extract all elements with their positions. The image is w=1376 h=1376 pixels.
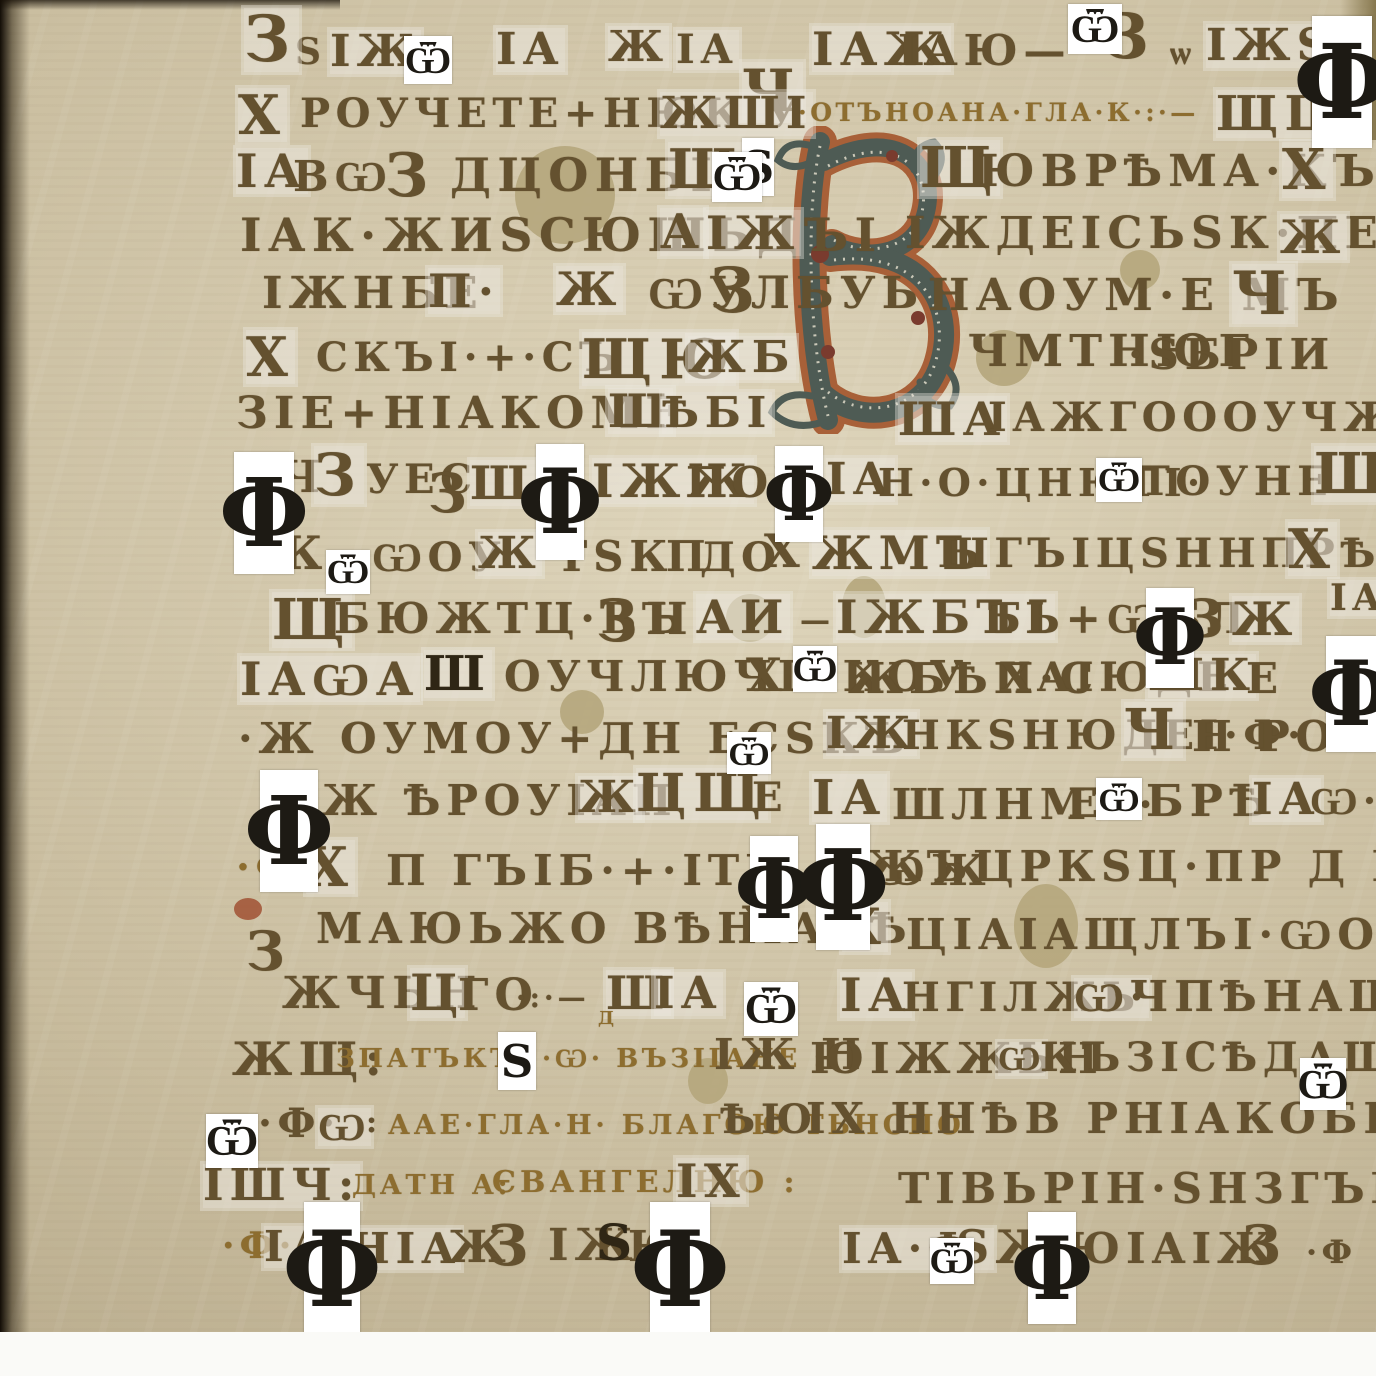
- text-segment: АИ: [696, 594, 790, 640]
- text-segment: ІАЮ—: [898, 30, 1071, 72]
- omega-titlo-glyph: Ѿ: [1297, 1064, 1348, 1105]
- glyph-box[interactable]: Ѿ: [326, 550, 370, 594]
- glyph-box[interactable]: Ф: [1028, 1212, 1076, 1324]
- text-segment: З: [596, 592, 646, 650]
- text-segment: Щ: [1314, 446, 1376, 502]
- text-segment: ·Ж ОУМОУ+ДН ЕСЅКЪ: [238, 718, 911, 760]
- glyph-box[interactable]: Ѿ: [1096, 458, 1142, 502]
- phi-glyph: Ф: [797, 838, 890, 936]
- text-segment: ДАТН А:: [352, 1172, 511, 1199]
- phi-glyph: Ф: [517, 457, 602, 547]
- text-segment: ІА: [812, 774, 887, 822]
- text-segment: Ш: [424, 650, 492, 698]
- text-segment: Ѡ: [318, 1108, 371, 1146]
- text-segment: ·ЅБРІИ: [1128, 334, 1335, 376]
- text-segment: ·:·—: [516, 984, 590, 1012]
- text-segment: ЖШІ: [660, 92, 813, 136]
- glyph-box[interactable]: Ф: [260, 770, 318, 892]
- glyph-box[interactable]: Ѿ: [793, 646, 837, 692]
- text-segment: Н: [646, 598, 694, 642]
- text-segment: ЖБ: [688, 336, 796, 380]
- text-segment: Х: [246, 330, 295, 384]
- text-segment: ѠУЛБУЬ: [648, 272, 924, 316]
- glyph-box[interactable]: Ѿ: [930, 1238, 974, 1284]
- omega-titlo-glyph: Ѿ: [1071, 10, 1120, 49]
- phi-glyph: Ф: [1308, 649, 1376, 739]
- phi-glyph: Ф: [244, 784, 334, 879]
- text-segment: З: [244, 8, 299, 72]
- glyph-box[interactable]: Ф: [816, 824, 870, 950]
- glyph-box[interactable]: Ѕ: [498, 1032, 536, 1090]
- text-segment: ЄВАНГЕЛНЮ :: [492, 1168, 799, 1198]
- glyph-box[interactable]: Ф: [750, 836, 798, 942]
- text-segment: Ж: [556, 266, 623, 312]
- text-segment: СКЪІ·+·СЪ: [316, 338, 623, 378]
- text-segment: ІА: [654, 972, 723, 1016]
- text-segment: З: [314, 446, 364, 504]
- page-left-dark-edge: [0, 0, 30, 1376]
- text-segment: —: [800, 606, 834, 636]
- text-segment: Ѡ: [998, 1042, 1045, 1076]
- dze-glyph: Ѕ: [501, 1039, 534, 1084]
- ink-splotch: [234, 898, 262, 920]
- omega-titlo-glyph: Ѿ: [1098, 783, 1139, 816]
- text-segment: Х: [1282, 142, 1333, 198]
- glyph-box[interactable]: Ѿ: [1096, 778, 1142, 820]
- text-segment: Ѕ: [295, 34, 326, 70]
- glyph-box[interactable]: Ф: [234, 452, 294, 574]
- text-segment: Е: [1246, 658, 1284, 700]
- phi-glyph: Ф: [1293, 31, 1376, 134]
- text-segment: ВѠ: [293, 156, 393, 198]
- text-segment: Х: [238, 88, 287, 142]
- text-segment: ІЖ: [706, 210, 801, 256]
- text-segment: Ж: [608, 26, 669, 68]
- text-segment: ѡ: [1170, 36, 1196, 70]
- text-segment: П·: [428, 268, 500, 314]
- text-segment: З: [1242, 1218, 1289, 1272]
- text-segment: Ж: [1232, 596, 1299, 642]
- glyph-box[interactable]: Ѿ: [1068, 4, 1122, 54]
- phi-glyph: Ф: [282, 1217, 382, 1322]
- phi-glyph: Ф: [219, 466, 309, 561]
- text-segment: ІАѠА: [240, 656, 420, 702]
- text-segment: Ж: [1280, 214, 1347, 260]
- text-segment: ЖЪЦРКЅЦ·ПР Д ІЖІА: [866, 846, 1376, 888]
- text-segment: ІАЖГОООУЧЖЮ: [988, 398, 1376, 438]
- glyph-box[interactable]: Ѿ: [712, 152, 762, 202]
- text-segment: ЦІАІАЩЛЪІ·ѠОВЬЦАЮ: [906, 914, 1376, 956]
- glyph-box[interactable]: Ѿ: [206, 1114, 258, 1168]
- text-segment: Х: [746, 652, 788, 698]
- text-segment: ТОУНЕ: [1140, 462, 1333, 502]
- text-segment: ТІВЬРІН·ЅНЗГЪЩ: [898, 1168, 1376, 1210]
- phi-glyph: Ф: [1133, 599, 1207, 677]
- text-segment: ѢБІ: [662, 392, 772, 434]
- text-segment: З: [385, 146, 437, 206]
- phi-glyph: Ф: [630, 1217, 730, 1322]
- omega-titlo-glyph: Ѿ: [792, 651, 837, 687]
- omega-titlo-glyph: Ѿ: [405, 42, 451, 79]
- text-segment: ·Ф: [1306, 1236, 1356, 1268]
- glyph-box[interactable]: Ѿ: [404, 36, 452, 84]
- text-segment: З: [428, 466, 475, 520]
- omega-titlo-glyph: Ѿ: [929, 1243, 974, 1279]
- glyph-box[interactable]: Ѿ: [744, 982, 798, 1036]
- omega-titlo-glyph: Ѿ: [327, 555, 370, 589]
- glyph-box[interactable]: Ф: [1326, 636, 1376, 752]
- text-segment: З: [488, 1218, 536, 1274]
- omega-titlo-glyph: Ѿ: [728, 737, 769, 770]
- phi-glyph: Ф: [763, 457, 834, 532]
- omega-titlo-glyph: Ѿ: [1098, 463, 1141, 497]
- glyph-box[interactable]: Ѿ: [727, 732, 771, 774]
- manuscript-page: В ЅЗІЖІАЖІАЧІАЖІАЮ—ЗѡІЖЅХРОУЧЕТЕ+НЮК УЖШ…: [0, 0, 1376, 1376]
- omega-titlo-glyph: Ѿ: [745, 988, 798, 1030]
- text-segment: ·ОТЪНОАНА·ГЛА·К·:·—: [798, 100, 1199, 125]
- glyph-box[interactable]: Ф: [536, 444, 584, 560]
- text-segment: ѢЮ: [720, 1100, 818, 1140]
- text-segment: Д: [598, 1010, 617, 1028]
- text-segment: Ч: [1232, 264, 1295, 324]
- text-segment: Ч: [1124, 702, 1183, 758]
- text-segment: А: [660, 208, 706, 256]
- text-segment: Е: [752, 778, 788, 818]
- glyph-box[interactable]: Ф: [650, 1202, 710, 1336]
- bottom-white-band: [0, 1332, 1376, 1376]
- text-segment: ЦЩ: [636, 768, 768, 820]
- omega-titlo-glyph: Ѿ: [206, 1120, 259, 1162]
- text-segment: :: [366, 1108, 381, 1138]
- text-segment: ІХ ННѢВ РНІАКОБНЧЖ: [806, 1098, 1376, 1140]
- text-segment: ІА: [676, 30, 739, 70]
- omega-titlo-glyph: Ѿ: [713, 158, 762, 197]
- glyph-box[interactable]: Ѿ: [1300, 1058, 1346, 1110]
- text-segment: З: [710, 260, 763, 322]
- glyph-box[interactable]: Ф: [775, 446, 823, 542]
- text-segment: ІХ: [676, 1158, 746, 1204]
- glyph-box[interactable]: Ф: [1146, 588, 1194, 688]
- text-segment: Ѡ·Ф·: [1310, 782, 1376, 820]
- text-segment: ІА: [1330, 580, 1376, 616]
- text-segment: Ж: [578, 776, 642, 820]
- phi-glyph: Ф: [1011, 1225, 1094, 1312]
- text-segment: Х: [1288, 522, 1337, 576]
- text-segment: ЧПѢНАШ: [1130, 976, 1376, 1018]
- glyph-box[interactable]: Ф: [1312, 16, 1372, 148]
- glyph-box[interactable]: Ф: [304, 1202, 360, 1336]
- text-segment: ІА: [496, 28, 565, 72]
